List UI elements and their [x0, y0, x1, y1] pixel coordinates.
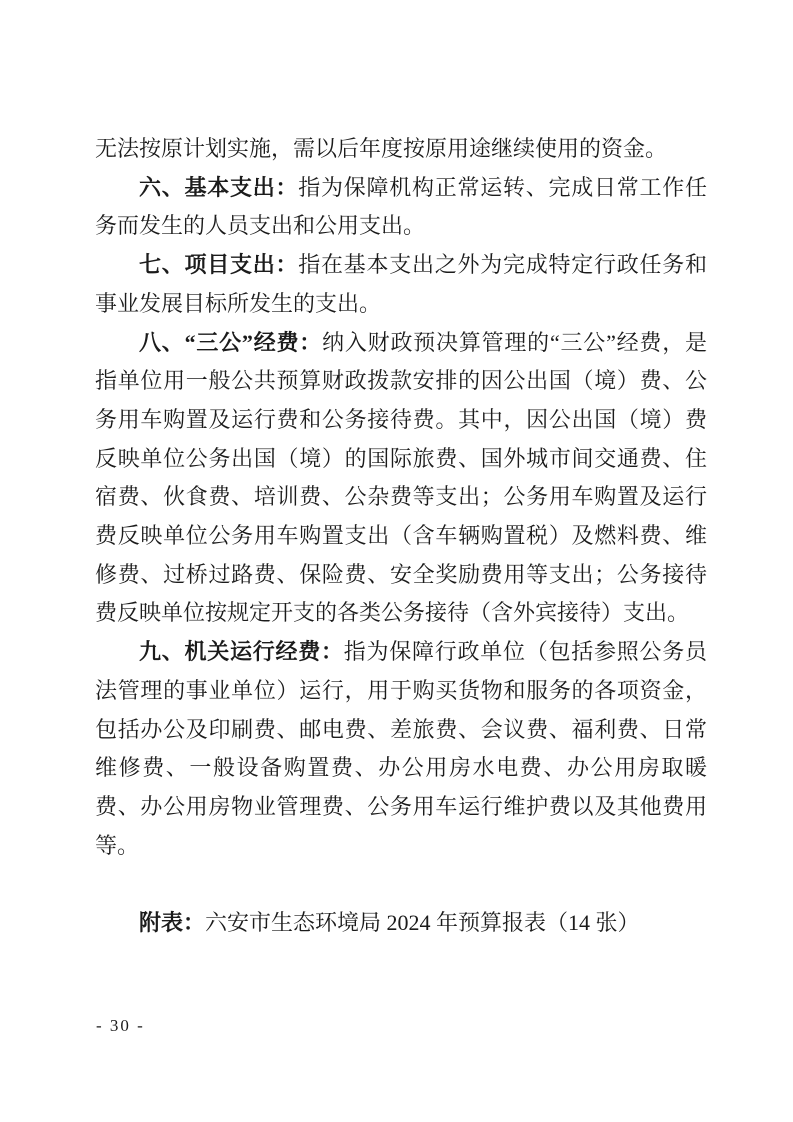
document-body: 无法按原计划实施，需以后年度按原用途继续使用的资金。 六、基本支出：指为保障机构… [95, 130, 707, 943]
definition-term: 六、基本支出： [139, 175, 298, 200]
paragraph-definition-agency-operating-funds: 九、机关运行经费：指为保障行政单位（包括参照公务员法管理的事业单位）运行，用于购… [95, 633, 707, 865]
paragraph-definition-project-expenditure: 七、项目支出：指在基本支出之外为完成特定行政任务和事业发展目标所发生的支出。 [95, 246, 707, 323]
paragraph-definition-three-public-funds: 八、“三公”经费：纳入财政预决算管理的“三公”经费，是指单位用一般公共预算财政拨… [95, 324, 707, 634]
page-number: - 30 - [96, 1016, 145, 1036]
definition-text: 指为保障行政单位（包括参照公务员法管理的事业单位）运行，用于购买货物和服务的各项… [95, 639, 707, 858]
document-page: 无法按原计划实施，需以后年度按原用途继续使用的资金。 六、基本支出：指为保障机构… [0, 0, 793, 1122]
definition-text: 纳入财政预决算管理的“三公”经费，是指单位用一般公共预算财政拨款安排的因公出国（… [95, 330, 707, 626]
paragraph-attachment-note: 附表：六安市生态环境局 2024 年预算报表（14 张） [95, 904, 707, 943]
definition-term: 七、项目支出： [139, 252, 298, 277]
continuation-text: 无法按原计划实施，需以后年度按原用途继续使用的资金。 [95, 136, 667, 161]
definition-term: 八、“三公”经费： [139, 330, 322, 355]
definition-term: 九、机关运行经费： [139, 639, 344, 664]
paragraph-definition-basic-expenditure: 六、基本支出：指为保障机构正常运转、完成日常工作任务而发生的人员支出和公用支出。 [95, 169, 707, 246]
attachment-label: 附表： [139, 910, 205, 935]
attachment-text: 六安市生态环境局 2024 年预算报表（14 张） [205, 910, 640, 935]
paragraph-continuation: 无法按原计划实施，需以后年度按原用途继续使用的资金。 [95, 130, 707, 169]
